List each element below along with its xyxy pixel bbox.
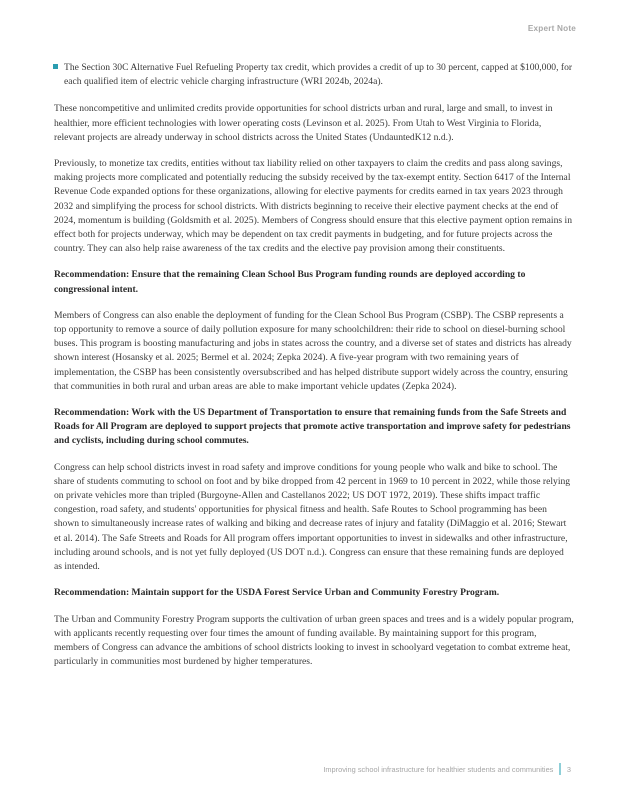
page-number: 3 [567,765,571,774]
footer-title: Improving school infrastructure for heal… [323,765,553,774]
page-content: The Section 30C Alternative Fuel Refueli… [54,61,574,681]
bullet-text: The Section 30C Alternative Fuel Refueli… [64,61,574,89]
body-paragraph: Members of Congress can also enable the … [54,309,574,394]
body-paragraph: These noncompetitive and unlimited credi… [54,102,574,145]
body-paragraph: Previously, to monetize tax credits, ent… [54,157,574,256]
footer-divider [559,763,561,775]
body-paragraph: The Urban and Community Forestry Program… [54,613,574,670]
page-footer: Improving school infrastructure for heal… [323,763,571,775]
recommendation-heading: Recommendation: Maintain support for the… [54,586,574,600]
square-bullet-icon [53,64,58,69]
running-header: Expert Note [528,24,576,33]
body-paragraph: Congress can help school districts inves… [54,461,574,575]
recommendation-heading: Recommendation: Work with the US Departm… [54,406,574,449]
bullet-list-item: The Section 30C Alternative Fuel Refueli… [54,61,574,89]
recommendation-heading: Recommendation: Ensure that the remainin… [54,268,574,296]
